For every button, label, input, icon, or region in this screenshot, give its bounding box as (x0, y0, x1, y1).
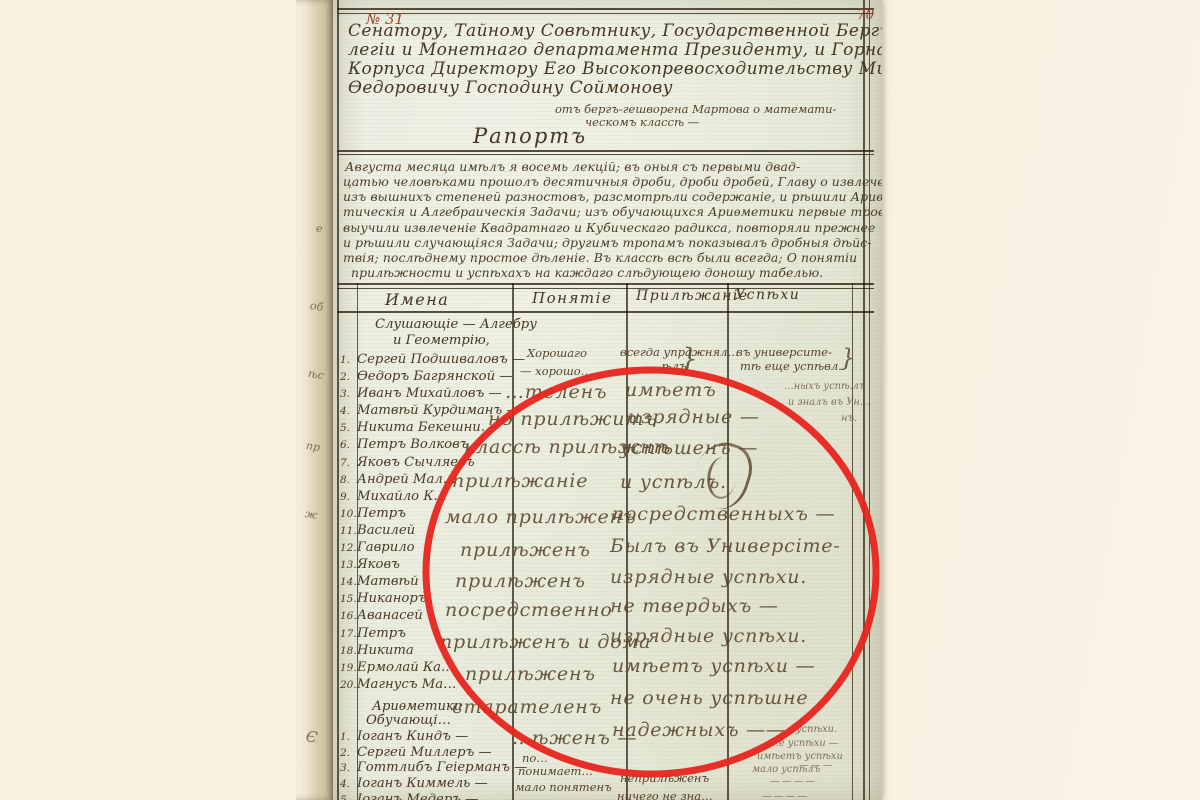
student-name: Петръ (357, 506, 406, 521)
rule-line (337, 8, 874, 10)
table-row: 1. Іоганъ Киндъ — (340, 729, 527, 745)
student-name: Гаврило (357, 540, 415, 555)
section-title: Обучающі… (366, 713, 451, 728)
student-name: Андрей Мал… (357, 472, 456, 487)
row-number: 11. (340, 525, 357, 537)
table-row: 3. Готтлибъ Геіерманъ — (340, 760, 527, 776)
student-list-arithmetic: 1. Іоганъ Киндъ — 2. Сергей Миллеръ — 3.… (340, 729, 527, 800)
student-name: Петръ (357, 626, 406, 641)
blank-dash: ———— (770, 776, 817, 787)
student-name: Василей (357, 523, 415, 538)
edge-text-fragment: ж (304, 507, 318, 522)
diligence-note: Былъ въ Универсіте- (610, 535, 841, 557)
student-name: Іоганъ Медеръ — (357, 792, 478, 800)
comprehension-note: старателенъ (452, 696, 602, 718)
table-row: 3. Иванъ Михайловъ — (340, 386, 525, 403)
diligence-note: надежныхъ —— (612, 719, 786, 741)
diligence-note: ничего не зна… (617, 789, 713, 800)
diligence-note: имѣетъ успѣхи — (612, 655, 815, 677)
row-number: 14. (340, 576, 357, 588)
address-line: Сенатору, Тайному Совѣтнику, Государстве… (348, 21, 882, 41)
blank-dash: ——— (799, 760, 834, 771)
row-number: 2. (340, 747, 357, 759)
row-number: 20. (340, 679, 357, 691)
edge-text-fragment: об (309, 299, 324, 314)
row-number: 12. (340, 542, 357, 554)
comprehension-note: понимает… (518, 764, 593, 778)
body-line: и рѣшили случающіяся Задачи; другимъ тро… (343, 235, 872, 250)
student-name: Никаноръ (357, 591, 427, 606)
body-line: выучили извлеченіе Квадратнаго и Кубичес… (343, 220, 875, 235)
comprehension-note: прилѣженъ (455, 570, 586, 592)
row-number: 5. (340, 794, 357, 800)
diligence-note: изрядные успѣхи. (610, 625, 807, 647)
student-name: Иванъ Михайловъ — (357, 386, 502, 401)
comprehension-note: прилѣженъ (460, 539, 591, 561)
progress-note: тѣ еще успѣвл. (740, 359, 842, 373)
scanned-document: е об ѣс пр ж Є № 31 70 Сенатору, Тайному… (0, 0, 1200, 800)
student-name: Аванасей (357, 608, 423, 623)
row-number: 4. (340, 778, 357, 790)
body-line: прилѣжности и успѣхахъ на каждаго слѣдую… (351, 265, 823, 280)
row-number: 7. (340, 457, 357, 469)
diligence-note: посредственныхъ — (612, 503, 835, 525)
table-row: 5. Іоганъ Медеръ — (340, 792, 527, 800)
comprehension-note: по… (522, 751, 548, 765)
page-left-border (337, 0, 339, 800)
student-name: Яковъ (357, 557, 400, 572)
student-name: Готтлибъ Геіерманъ — (357, 760, 527, 775)
student-name: Іоганъ Киммель — (357, 776, 488, 791)
diligence-note: изрядные — (628, 406, 760, 428)
address-line: Корпуса Директору Его Высокопревосходите… (348, 59, 882, 79)
progress-note: …ныхъ успѣ.лъ (784, 381, 865, 392)
progress-note: успѣхи. (796, 724, 837, 735)
diligence-note: имѣетъ (625, 379, 716, 401)
table-row: 1. Сергей Подшиваловъ — (340, 352, 525, 369)
row-number: 6. (340, 439, 357, 451)
section-title: Ариѳметики (372, 699, 462, 714)
row-number: 1. (340, 354, 357, 366)
column-header-names: Имена (385, 290, 449, 309)
student-name: Ѳедоръ Багрянской — (357, 369, 513, 384)
body-line: изъ вышнихъ степеней разностовъ, разсмот… (343, 189, 882, 204)
edge-text-fragment: е (315, 222, 323, 236)
body-line: цатью человѣками прошолъ десятичныя дроб… (343, 174, 882, 189)
student-name: Михайло К… (357, 489, 447, 504)
row-number: 19. (340, 662, 357, 674)
comprehension-note: мало понятенъ (515, 780, 612, 794)
edge-text-fragment: ѣс (307, 367, 325, 382)
row-number: 17. (340, 628, 357, 640)
table-row: 4. Іоганъ Киммель — (340, 776, 527, 792)
table-row: 2. Сергей Миллеръ — (340, 745, 527, 761)
comprehension-note: — хорошо… (520, 364, 592, 378)
body-line: Августа месяца имѣлъ я восемь лекцій; въ… (345, 159, 800, 174)
row-number: 4. (340, 405, 357, 417)
row-number: 3. (340, 388, 357, 400)
report-title: Рапортъ (473, 124, 587, 148)
student-name: Сергей Подшиваловъ — (357, 352, 525, 367)
progress-note: …е успѣхи — (769, 738, 839, 749)
rule-line (337, 13, 874, 14)
book-binding-edge: е об ѣс пр ж Є (296, 0, 334, 800)
row-number: 2. (340, 371, 357, 383)
row-number: 15. (340, 593, 357, 605)
document-page: № 31 70 Сенатору, Тайному Совѣтнику, Гос… (333, 0, 882, 800)
row-number: 18. (340, 645, 357, 657)
comprehension-note: …теленъ (505, 381, 607, 403)
row-number: 9. (340, 491, 357, 503)
diligence-note: не твердыхъ — (610, 595, 779, 617)
rule-line (337, 154, 874, 155)
from-line: ческомъ классѣ — (585, 115, 699, 129)
comprehension-note: посредственно (445, 599, 613, 621)
student-name: Магнусъ Ма… (357, 677, 456, 692)
address-line: легіи и Монетнаго департамента Президент… (348, 40, 882, 60)
comprehension-note: прилѣжаніе (452, 470, 588, 492)
column-header-progress: Успѣхи (735, 287, 800, 303)
table-row: 2. Ѳедоръ Багрянской — (340, 369, 525, 386)
column-header-diligence: Прилѣжаніе (636, 288, 749, 304)
diligence-note: не очень успѣшне (610, 687, 808, 709)
comprehension-note: прилѣженъ (465, 663, 596, 685)
row-number: 1. (340, 731, 357, 743)
section-title: и Геометрію, (393, 333, 490, 348)
diligence-note: изрядные успѣхи. (610, 566, 807, 588)
rule-line (337, 150, 874, 152)
comprehension-note: мало прилѣженъ (445, 506, 636, 528)
progress-note: и зналъ въ Ун… (788, 397, 870, 408)
row-number: 5. (340, 422, 357, 434)
edge-text-fragment: Є (305, 727, 319, 747)
student-name: Никита (357, 643, 414, 658)
student-name: Ермолай Ка… (357, 660, 454, 675)
header-bottom-rule (337, 311, 874, 313)
blank-dash: ———— (762, 791, 809, 800)
student-name: Петръ Волковъ (357, 437, 469, 452)
row-number: 16. (340, 610, 357, 622)
from-line: отъ бергъ-гешворена Мартова о математи- (555, 102, 836, 116)
student-name: Матвѣй (357, 574, 419, 589)
row-number: 8. (340, 474, 357, 486)
progress-note: въ университе- (736, 345, 832, 359)
row-number: 10. (340, 508, 357, 520)
grouping-brace: } (840, 344, 855, 372)
row-number: 13. (340, 559, 357, 571)
table-top-rule (337, 283, 874, 285)
address-line: Ѳедоровичу Господину Соймонову (348, 78, 673, 98)
student-name: Никита Бекешни… (357, 420, 494, 435)
section-title: Слушающіе — Алгебру (375, 317, 537, 332)
student-name: Іоганъ Киндъ — (357, 729, 468, 744)
body-line: тическія и Алгебраическія Задачи; изъ об… (343, 204, 882, 219)
comprehension-note: Хорошаго (527, 346, 587, 360)
student-name: Яковъ Сычляевъ (357, 455, 475, 470)
column-header-comprehension: Понятіе (532, 289, 612, 307)
body-line: твія; послѣднему простое дѣленіе. Въ кла… (343, 250, 857, 265)
progress-note: нъ. (841, 413, 857, 424)
grouping-brace: } (680, 342, 698, 375)
student-name: Сергей Миллеръ — (357, 745, 492, 760)
diligence-note: неприлѣженъ (620, 771, 709, 785)
edge-text-fragment: пр (305, 439, 321, 454)
row-number: 3. (340, 762, 357, 774)
